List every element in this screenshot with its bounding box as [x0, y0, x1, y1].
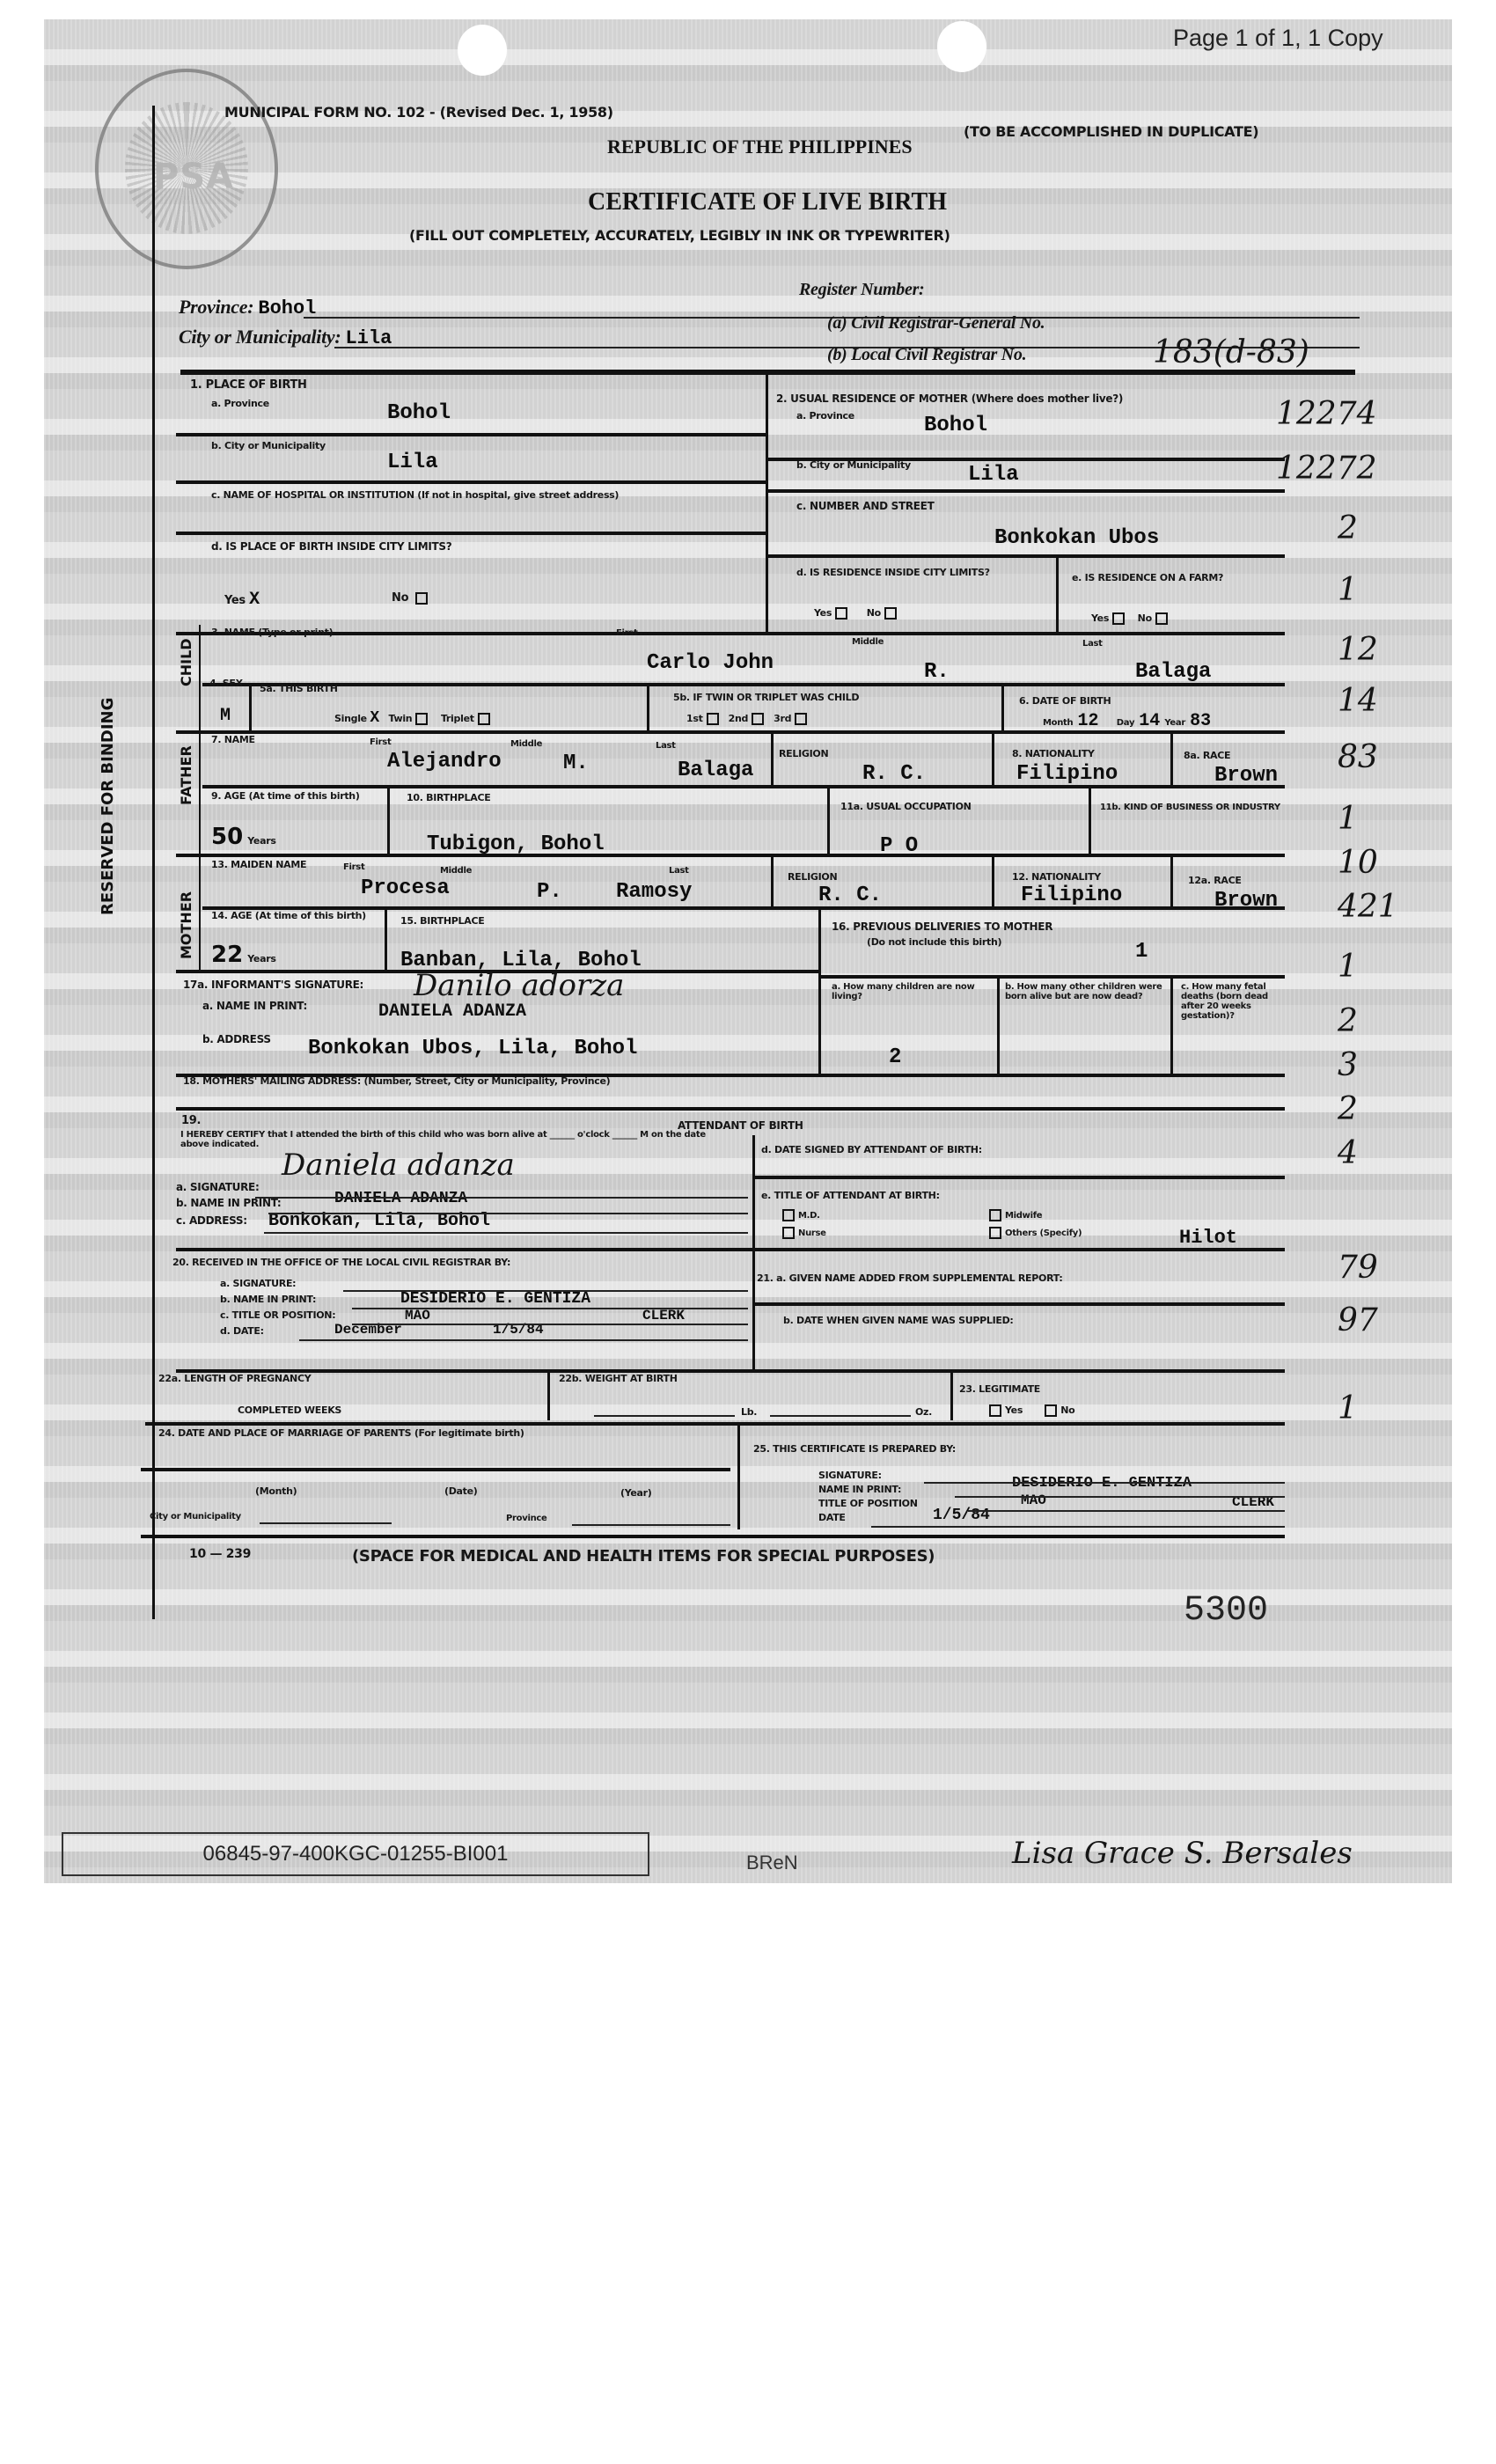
- option-label: M.D.: [798, 1211, 820, 1221]
- received-label: 20. RECEIVED IN THE OFFICE OF THE LOCAL …: [172, 1257, 510, 1268]
- checkbox-icon: [707, 713, 719, 725]
- father-race-label: 8a. RACE: [1184, 750, 1230, 761]
- pob-inside-city-label: d. IS PLACE OF BIRTH INSIDE CITY LIMITS?: [211, 540, 451, 553]
- birth-month: 12: [1077, 711, 1098, 731]
- province-label: Province:: [179, 296, 253, 318]
- checkbox-icon: [1045, 1404, 1057, 1417]
- margin-code: 1: [1338, 801, 1358, 837]
- father-middle-label: Middle: [510, 739, 542, 749]
- checkbox-icon: [415, 592, 428, 605]
- reserved-for-binding-label: RESERVED FOR BINDING: [99, 698, 117, 915]
- margin-code: 2: [1338, 510, 1358, 546]
- seal-text: PSA: [153, 157, 234, 197]
- yes-mark: X: [249, 590, 260, 610]
- mother-nationality-label: 12. NATIONALITY: [1012, 871, 1101, 883]
- checkbox-icon: [884, 607, 897, 620]
- checkbox-icon: [1155, 612, 1168, 625]
- year-label: Year: [1164, 718, 1185, 728]
- margin-code: 2: [1338, 1003, 1358, 1039]
- form-number: MUNICIPAL FORM NO. 102 - (Revised Dec. 1…: [224, 104, 613, 121]
- mother-first-name: Procesa: [361, 876, 450, 900]
- margin-code: 3: [1338, 1047, 1358, 1083]
- birth-year: 83: [1190, 711, 1211, 731]
- margin-code: 83: [1338, 739, 1378, 775]
- no-label: No: [1138, 612, 1152, 624]
- birth-day: 14: [1139, 711, 1160, 731]
- margin-code: 421: [1338, 889, 1398, 925]
- child-section-label: CHILD: [178, 638, 194, 686]
- previous-deliveries-note: (Do not include this birth): [867, 936, 1001, 948]
- mother-age-label: 14. AGE (At time of this birth): [211, 910, 370, 921]
- pob-inside-city-yes[interactable]: Yes X: [224, 590, 260, 610]
- pob-city-label: b. City or Municipality: [211, 440, 326, 451]
- checkbox-icon: [989, 1209, 1001, 1221]
- child-first-name: Carlo John: [647, 651, 774, 675]
- informant-address-label: b. ADDRESS: [202, 1033, 271, 1045]
- prepared-title-label: TITLE OF POSITION: [818, 1498, 918, 1509]
- margin-code: 1: [1338, 1390, 1358, 1426]
- attendant-address-label: c. ADDRESS:: [176, 1214, 247, 1227]
- attendant-other-value: Hilot: [1179, 1227, 1237, 1249]
- mother-age: 22 Years: [211, 942, 276, 968]
- weight-lb-label: Lb.: [741, 1406, 757, 1418]
- checkbox-icon: [835, 607, 847, 620]
- child-first-label: First: [616, 628, 637, 638]
- res-farm-label: e. IS RESIDENCE ON A FARM?: [1072, 572, 1223, 583]
- checkbox-icon: [782, 1227, 795, 1239]
- no-label: No: [1060, 1404, 1074, 1416]
- city-label: City or Municipality:: [179, 326, 341, 348]
- binding-line: [152, 106, 155, 1619]
- father-birthplace: Tubigon, Bohol: [427, 832, 605, 856]
- mailing-address-label: 18. MOTHERS' MAILING ADDRESS: (Number, S…: [183, 1075, 610, 1087]
- punch-hole-right: [937, 21, 986, 72]
- month-label: Month: [1043, 718, 1073, 728]
- psa-seal: PSA: [95, 69, 278, 269]
- father-race: Brown: [1214, 764, 1278, 788]
- mother-nationality: Filipino: [1021, 884, 1122, 907]
- option-label: Nurse: [798, 1228, 826, 1238]
- stamp-number: 5300: [1184, 1591, 1268, 1631]
- marriage-year-label: (Year): [620, 1487, 652, 1499]
- checkbox-icon: [415, 713, 428, 725]
- second-order: 2nd: [729, 713, 748, 724]
- fill-instructions: (FILL OUT COMPLETELY, ACCURATELY, LEGIBL…: [409, 227, 950, 244]
- pob-inside-city-no[interactable]: No: [392, 591, 431, 605]
- margin-code: 12274: [1276, 396, 1377, 432]
- father-nationality-label: 8. NATIONALITY: [1012, 748, 1095, 759]
- mother-race-label: 12a. RACE: [1188, 875, 1242, 886]
- single-mark: X: [370, 709, 379, 727]
- mother-last-label: Last: [669, 866, 689, 876]
- fetal-deaths-label: c. How many fetal deaths (born dead afte…: [1181, 982, 1291, 1021]
- father-occupation-label: 11a. USUAL OCCUPATION: [840, 801, 972, 812]
- sex-label: 4. SEX: [209, 678, 243, 689]
- years-label: Years: [247, 953, 275, 964]
- local-civil-registrar-label: (b) Local Civil Registrar No.: [827, 345, 1026, 365]
- yes-label: Yes: [1005, 1404, 1023, 1416]
- checkbox-icon: [752, 713, 764, 725]
- informant-signature: Danilo adorza: [414, 968, 624, 1003]
- civil-registrar-general-label: (a) Civil Registrar-General No.: [827, 313, 1045, 334]
- yes-label: Yes: [1091, 612, 1109, 624]
- attendant-name: DANIELA ADANZA: [334, 1190, 467, 1207]
- triplet-label: Triplet: [441, 713, 474, 724]
- barcode-id: 06845-97-400KGC-01255-BI001: [203, 1842, 509, 1866]
- sex-value: M: [220, 706, 231, 726]
- child-last-label: Last: [1082, 639, 1103, 649]
- third-order: 3rd: [774, 713, 791, 724]
- res-farm-options[interactable]: Yes No: [1091, 612, 1171, 625]
- this-birth-label: 5a. THIS BIRTH: [260, 683, 338, 694]
- father-middle-name: M.: [563, 752, 589, 775]
- res-province-value: Bohol: [924, 414, 987, 437]
- margin-code: 2: [1338, 1091, 1358, 1127]
- margin-code: 12: [1338, 632, 1378, 668]
- mother-age-value: 22: [211, 942, 243, 968]
- pregnancy-length-label: 22a. LENGTH OF PREGNANCY: [158, 1373, 311, 1384]
- res-city-label: b. City or Municipality: [796, 459, 911, 471]
- no-label: No: [392, 591, 408, 605]
- hospital-label: c. NAME OF HOSPITAL OR INSTITUTION (If n…: [211, 489, 739, 501]
- twin-label: Twin: [388, 713, 412, 724]
- pregnancy-weeks-label: COMPLETED WEEKS: [238, 1404, 341, 1416]
- attendant-signature: Daniela adanza: [282, 1148, 515, 1183]
- res-street-value: Bonkokan Ubos: [994, 526, 1159, 550]
- pob-province-value: Bohol: [387, 401, 451, 425]
- received-name-label: b. NAME IN PRINT:: [220, 1294, 316, 1305]
- mother-last-name: Ramosy: [616, 880, 692, 904]
- checkbox-icon: [989, 1404, 1001, 1417]
- no-label: No: [867, 607, 881, 619]
- mother-middle-name: P.: [537, 880, 562, 904]
- attendant-signature-label: a. SIGNATURE:: [176, 1181, 259, 1193]
- years-label: Years: [247, 835, 275, 847]
- prepared-title-left: MAO: [1021, 1492, 1046, 1508]
- certificate-title: CERTIFICATE OF LIVE BIRTH: [588, 188, 947, 216]
- weight-label: 22b. WEIGHT AT BIRTH: [559, 1373, 678, 1384]
- prepared-date: 1/5/84: [933, 1507, 990, 1524]
- legitimate-options[interactable]: Yes No: [986, 1404, 1074, 1417]
- father-age-label: 9. AGE (At time of this birth): [211, 790, 370, 802]
- informant-name-label: a. NAME IN PRINT:: [202, 1000, 307, 1012]
- attendant-title-label: e. TITLE OF ATTENDANT AT BIRTH:: [761, 1190, 940, 1201]
- residence-label: 2. USUAL RESIDENCE OF MOTHER (Where does…: [776, 392, 1123, 405]
- children-living-value: 2: [889, 1045, 901, 1069]
- attendant-certify-text: I HEREBY CERTIFY that I attended the bir…: [180, 1130, 726, 1149]
- father-religion: R. C.: [862, 762, 926, 786]
- margin-code: 79: [1338, 1250, 1378, 1286]
- margin-code: 4: [1338, 1135, 1358, 1171]
- informant-address: Bonkokan Ubos, Lila, Bohol: [308, 1037, 637, 1060]
- pob-city-value: Lila: [387, 451, 438, 474]
- register-number-label: Register Number:: [799, 280, 924, 300]
- mother-birthplace-label: 15. BIRTHPLACE: [400, 915, 484, 927]
- born-alive-dead-label: b. How many other children were born ali…: [1005, 982, 1163, 1001]
- attendant-name-label: b. NAME IN PRINT:: [176, 1197, 281, 1209]
- previous-deliveries-value: 1: [1135, 940, 1148, 964]
- marriage-month-label: (Month): [255, 1485, 297, 1497]
- received-title-label: c. TITLE OR POSITION:: [220, 1309, 335, 1321]
- marriage-date-label: (Date): [444, 1485, 478, 1497]
- res-city-value: Lila: [968, 463, 1019, 487]
- informant-signature-label: 17a. INFORMANT'S SIGNATURE:: [183, 979, 363, 991]
- pob-province-label: a. Province: [211, 398, 269, 409]
- child-middle-name: R.: [924, 660, 950, 684]
- province-header: Province: Bohol: [179, 296, 316, 319]
- margin-code: 1: [1338, 572, 1358, 608]
- mother-maiden-label: 13. MAIDEN NAME: [211, 859, 306, 870]
- received-title-left: MAO: [405, 1308, 430, 1324]
- twin-order-label: 5b. IF TWIN OR TRIPLET WAS CHILD: [673, 692, 859, 703]
- child-name-label: 3. NAME (Type or print): [211, 627, 333, 638]
- mother-first-label: First: [343, 862, 364, 872]
- supplemental-given-name-label: 21. a. GIVEN NAME ADDED FROM SUPPLEMENTA…: [757, 1272, 1062, 1284]
- barcode-id-box: 06845-97-400KGC-01255-BI001: [62, 1832, 649, 1876]
- prepared-by-label: 25. THIS CERTIFICATE IS PREPARED BY:: [753, 1443, 956, 1455]
- medical-space-note: (SPACE FOR MEDICAL AND HEALTH ITEMS FOR …: [352, 1547, 935, 1566]
- twin-order-options[interactable]: 1st 2nd 3rd: [686, 713, 810, 725]
- received-name: DESIDERIO E. GENTIZA: [400, 1290, 590, 1308]
- form-code: 10 — 239: [189, 1547, 251, 1561]
- single-label: Single: [334, 713, 367, 724]
- day-label: Day: [1117, 718, 1134, 728]
- checkbox-icon: [1112, 612, 1125, 625]
- father-birthplace-label: 10. BIRTHPLACE: [407, 792, 490, 803]
- attendant-option-md[interactable]: M.D.: [779, 1209, 820, 1221]
- res-inside-city-options[interactable]: Yes No: [814, 607, 900, 620]
- father-first-name: Alejandro: [387, 750, 502, 774]
- father-first-label: First: [370, 737, 391, 747]
- father-age: 50 Years: [211, 824, 276, 850]
- attendant-number: 19.: [181, 1114, 201, 1127]
- mother-religion-label: RELIGION: [788, 871, 837, 883]
- father-section-label: FATHER: [178, 745, 194, 805]
- dob-values: Month 12 Day 14 Year 83: [1043, 711, 1211, 731]
- supplemental-date-label: b. DATE WHEN GIVEN NAME WAS SUPPLIED:: [783, 1315, 1014, 1326]
- checkbox-icon: [478, 713, 490, 725]
- yes-label: Yes: [224, 594, 246, 607]
- res-inside-city-label: d. IS RESIDENCE INSIDE CITY LIMITS?: [796, 567, 1043, 578]
- first-order: 1st: [686, 713, 703, 724]
- children-living-label: a. How many children are now living?: [832, 982, 990, 1001]
- checkbox-icon: [795, 713, 807, 725]
- marriage-label: 24. DATE AND PLACE OF MARRIAGE OF PARENT…: [158, 1427, 524, 1439]
- local-civil-registrar-value: 183(d-83): [1153, 334, 1309, 370]
- father-age-value: 50: [211, 824, 243, 850]
- registrar-signature: Lisa Grace S. Bersales: [1012, 1836, 1353, 1871]
- child-middle-label: Middle: [852, 637, 884, 647]
- marriage-city-label: City or Municipality: [150, 1512, 241, 1522]
- previous-deliveries-label: 16. PREVIOUS DELIVERIES TO MOTHER: [832, 920, 1052, 933]
- res-province-label: a. Province: [796, 410, 854, 422]
- received-signature-label: a. SIGNATURE:: [220, 1278, 296, 1289]
- page-copy-label: Page 1 of 1, 1 Copy: [1173, 25, 1383, 52]
- father-last-name: Balaga: [678, 759, 753, 782]
- mother-religion: R. C.: [818, 884, 882, 907]
- legitimate-label: 23. LEGITIMATE: [959, 1383, 1040, 1395]
- this-birth-options[interactable]: Single X Twin Triplet: [334, 709, 494, 727]
- punch-hole-left: [458, 25, 507, 76]
- father-religion-label: RELIGION: [779, 748, 828, 759]
- option-label: Others (Specify): [1005, 1228, 1082, 1238]
- prepared-date-label: DATE: [818, 1512, 846, 1523]
- mother-section-label: MOTHER: [178, 891, 194, 959]
- margin-code: 12272: [1276, 451, 1377, 487]
- marriage-province-label: Province: [506, 1514, 547, 1523]
- father-name-label: 7. NAME: [211, 734, 255, 745]
- yes-label: Yes: [814, 607, 832, 619]
- attendant-option-midwife[interactable]: Midwife: [986, 1209, 1042, 1221]
- checkbox-icon: [989, 1227, 1001, 1239]
- father-industry-label: 11b. KIND OF BUSINESS OR INDUSTRY: [1100, 803, 1285, 812]
- checkbox-icon: [782, 1209, 795, 1221]
- weight-oz-label: Oz.: [915, 1406, 932, 1418]
- place-of-birth-label: 1. PLACE OF BIRTH: [190, 378, 307, 392]
- bren-label: BReN: [746, 1852, 798, 1874]
- duplicate-note: (TO BE ACCOMPLISHED IN DUPLICATE): [964, 123, 1258, 140]
- father-nationality: Filipino: [1016, 762, 1118, 786]
- father-last-label: Last: [656, 741, 676, 751]
- option-label: Midwife: [1005, 1211, 1042, 1221]
- attendant-option-others[interactable]: Others (Specify): [986, 1227, 1082, 1239]
- margin-code: 14: [1338, 683, 1378, 719]
- city-header: City or Municipality: Lila: [179, 326, 392, 349]
- republic-heading: REPUBLIC OF THE PHILIPPINES: [607, 136, 913, 158]
- received-date-label: d. DATE:: [220, 1325, 264, 1337]
- informant-name: DANIELA ADANZA: [378, 1001, 526, 1022]
- margin-code: 10: [1338, 845, 1378, 881]
- prepared-name-label: NAME IN PRINT:: [818, 1484, 901, 1495]
- child-last-name: Balaga: [1135, 660, 1211, 684]
- margin-code: 1: [1338, 949, 1358, 985]
- dob-label: 6. DATE OF BIRTH: [1019, 695, 1111, 707]
- mother-middle-label: Middle: [440, 866, 472, 876]
- date-signed-label: d. DATE SIGNED BY ATTENDANT OF BIRTH:: [761, 1144, 982, 1155]
- res-street-label: c. NUMBER AND STREET: [796, 500, 934, 512]
- received-title-right: CLERK: [642, 1308, 685, 1324]
- attendant-option-nurse[interactable]: Nurse: [779, 1227, 826, 1239]
- margin-code: 97: [1338, 1302, 1378, 1338]
- prepared-signature-label: SIGNATURE:: [818, 1470, 882, 1481]
